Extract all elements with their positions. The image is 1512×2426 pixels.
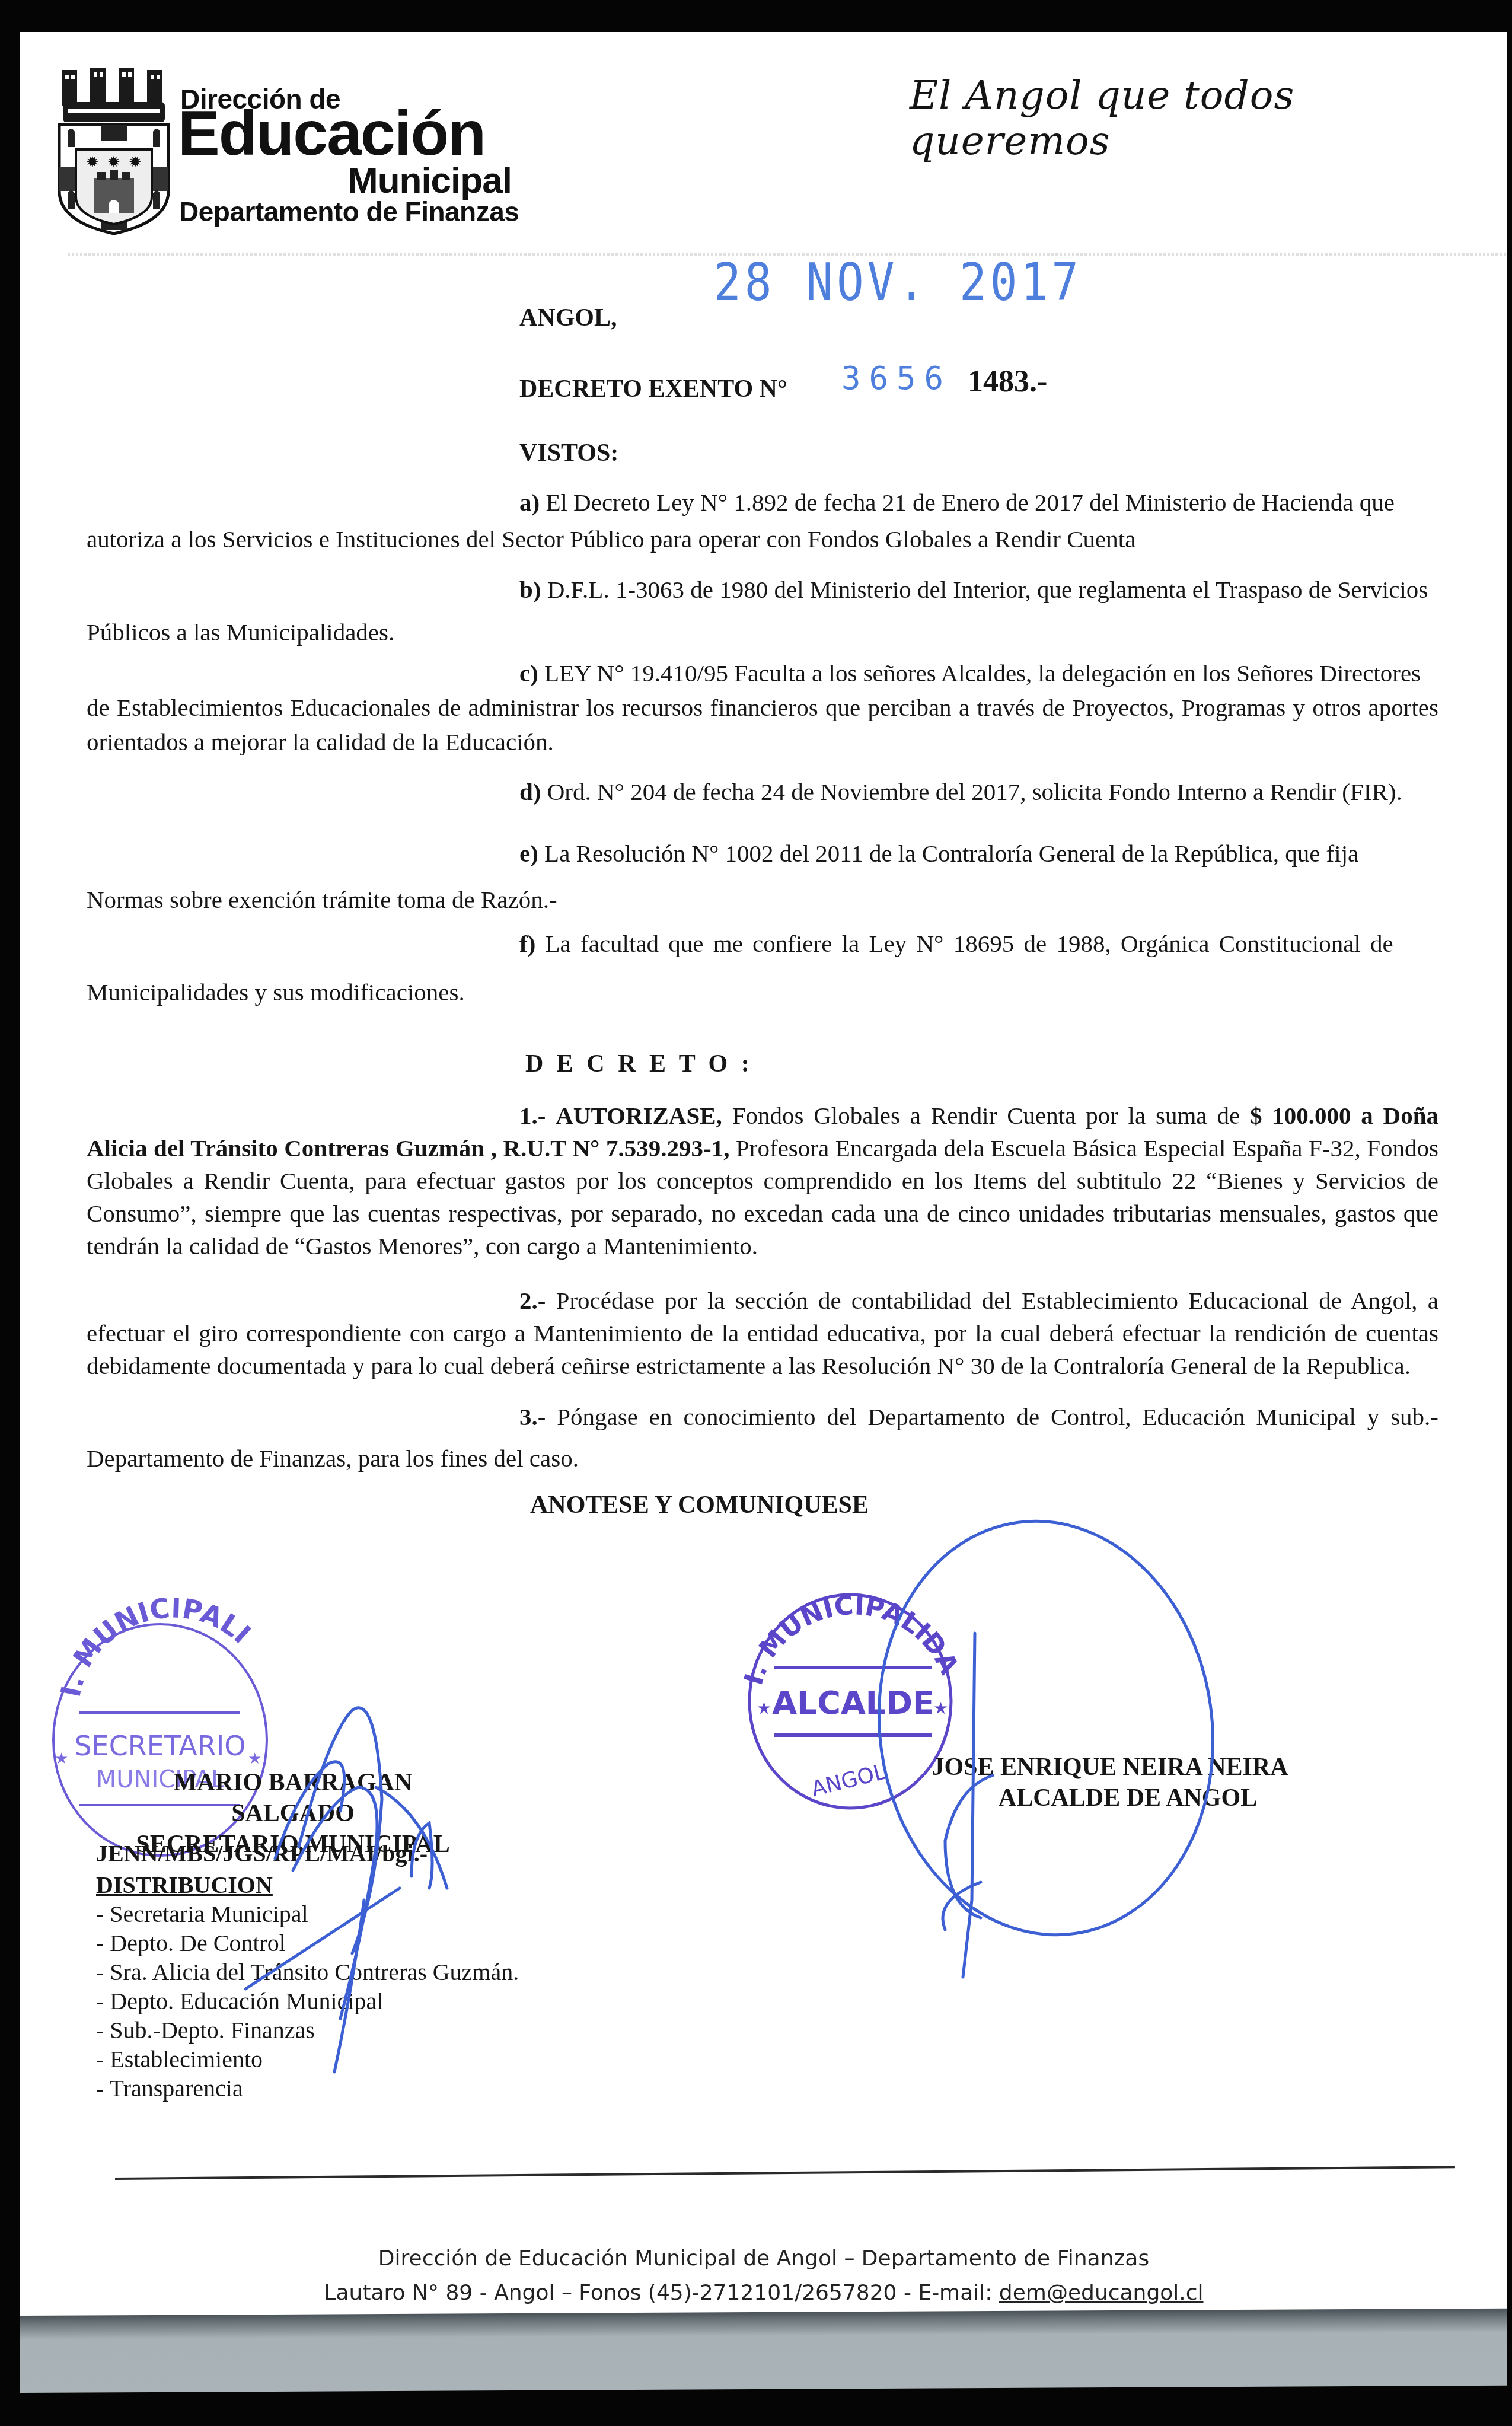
footer-line-2: Lautaro N° 89 - Angol – Fonos (45)-27121… bbox=[20, 2281, 1507, 2305]
distribution-item: - Sub.-Depto. Finanzas bbox=[96, 2016, 519, 2045]
decree-label: DECRETO EXENTO N° bbox=[519, 375, 787, 403]
distribution-item: - Establecimiento bbox=[96, 2045, 519, 2074]
decree-typed-number: 1483.- bbox=[968, 364, 1047, 399]
svg-text:✹: ✹ bbox=[129, 154, 142, 171]
visto-text: La facultad que me confiere la Ley N° 18… bbox=[546, 930, 1393, 957]
svg-text:★: ★ bbox=[757, 1700, 771, 1718]
item-text: Procédase por la sección de contabilidad… bbox=[87, 1287, 1438, 1379]
visto-key: c) bbox=[519, 659, 538, 687]
visto-text-cont: Normas sobre exención trámite toma de Ra… bbox=[87, 876, 1438, 923]
visto-key: a) bbox=[519, 489, 540, 516]
city-label: ANGOL, bbox=[519, 304, 617, 332]
visto-key: e) bbox=[519, 840, 538, 867]
decreto-item-3: 3.- Póngase en conocimiento del Departam… bbox=[87, 1396, 1438, 1479]
vistos-heading: VISTOS: bbox=[519, 439, 618, 467]
visto-key: b) bbox=[519, 576, 541, 603]
item-number: 1.- bbox=[519, 1102, 546, 1129]
seal-text-bottom: ANGOL bbox=[809, 1759, 888, 1802]
item-lead: AUTORIZASE, bbox=[556, 1102, 722, 1129]
decreto-item-1: 1.- AUTORIZASE, Fondos Globales a Rendir… bbox=[87, 1099, 1438, 1263]
footer-line-1: Dirección de Educación Municipal de Ango… bbox=[20, 2246, 1507, 2271]
svg-text:★: ★ bbox=[55, 1750, 68, 1767]
footer-divider bbox=[115, 2166, 1455, 2180]
distribution-item: - Transparencia bbox=[96, 2074, 519, 2103]
seal-text-middle: ALCALDE bbox=[772, 1684, 934, 1722]
closing-formula: ANOTESE Y COMUNIQUESE bbox=[530, 1491, 869, 1519]
visto-text: El Decreto Ley N° 1.892 de fecha 21 de E… bbox=[546, 489, 1395, 516]
visto-b: b) D.F.L. 1-3063 de 1980 del Ministerio … bbox=[87, 568, 1438, 653]
scanner-bed-edge bbox=[20, 2309, 1507, 2393]
letterhead-department: Departamento de Finanzas bbox=[179, 196, 519, 228]
visto-text-cont: de Establecimientos Educacionales de adm… bbox=[87, 690, 1438, 759]
visto-text: Ord. N° 204 de fecha 24 de Noviembre del… bbox=[547, 778, 1402, 805]
visto-text: LEY N° 19.410/95 Faculta a los señores A… bbox=[544, 659, 1421, 687]
signatory-title: ALCALDE DE ANGOL bbox=[920, 1783, 1300, 1813]
seal-text-middle: SECRETARIO bbox=[74, 1730, 245, 1762]
item-number: 2.- bbox=[519, 1287, 546, 1314]
reference-initials: JENN/MBS/JGS/RPL/MAI/bgi.- bbox=[96, 1840, 428, 1867]
document-page: ✹✹✹ Dirección de Educación Municipal Dep… bbox=[20, 32, 1507, 2357]
distribution-list: DISTRIBUCION - Secretaria Municipal - De… bbox=[96, 1870, 519, 2103]
footer-email-link[interactable]: dem@educangol.cl bbox=[999, 2281, 1204, 2305]
distribution-item: - Sra. Alicia del Tránsito Contreras Guz… bbox=[96, 1958, 519, 1987]
visto-key: d) bbox=[519, 778, 541, 805]
svg-text:✹: ✹ bbox=[107, 154, 120, 171]
svg-text:★: ★ bbox=[248, 1750, 261, 1767]
visto-text-cont: Públicos a las Municipalidades. bbox=[87, 611, 1438, 653]
distribution-item: - Depto. De Control bbox=[96, 1928, 519, 1958]
letterhead-title: Educación bbox=[178, 102, 485, 165]
mayor-signature-block: JOSE ENRIQUE NEIRA NEIRA ALCALDE DE ANGO… bbox=[920, 1752, 1300, 1813]
municipal-coat-of-arms-icon: ✹✹✹ bbox=[55, 66, 173, 235]
signatory-name: JOSE ENRIQUE NEIRA NEIRA bbox=[920, 1752, 1300, 1783]
date-stamp: 28 NOV. 2017 bbox=[714, 251, 1082, 312]
visto-text: D.F.L. 1-3063 de 1980 del Ministerio del… bbox=[547, 576, 1428, 603]
motto: El Angol que todos queremos bbox=[910, 72, 1507, 164]
visto-d: d) Ord. N° 204 de fecha 24 de Noviembre … bbox=[519, 773, 1468, 810]
distribution-item: - Secretaria Municipal bbox=[96, 1899, 519, 1928]
decree-number-stamp: 3656 bbox=[841, 359, 952, 397]
svg-text:★: ★ bbox=[933, 1700, 948, 1718]
svg-text:✹: ✹ bbox=[86, 154, 99, 171]
item-number: 3.- bbox=[519, 1403, 546, 1430]
distribution-title: DISTRIBUCION bbox=[96, 1870, 519, 1899]
footer-address: Lautaro N° 89 - Angol – Fonos (45)-27121… bbox=[324, 2281, 999, 2305]
visto-f: f) La facultad que me confiere la Ley N°… bbox=[87, 919, 1438, 1016]
visto-text-cont: Municipalidades y sus modificaciones. bbox=[87, 968, 1438, 1016]
item-text: Póngase en conocimiento del Departamento… bbox=[87, 1403, 1438, 1472]
visto-e: e) La Resolución N° 1002 del 2011 de la … bbox=[87, 830, 1438, 923]
mayor-signature-icon bbox=[853, 1499, 1239, 1977]
item-text: Fondos Globales a Rendir Cuenta por la s… bbox=[722, 1102, 1250, 1129]
visto-key: f) bbox=[519, 930, 535, 957]
visto-a: a) El Decreto Ley N° 1.892 de fecha 21 d… bbox=[87, 484, 1438, 557]
signatory-name: MARIO BARRAGAN SALGADO bbox=[109, 1767, 477, 1829]
visto-c: c) LEY N° 19.410/95 Faculta a los señore… bbox=[87, 656, 1438, 759]
decreto-item-2: 2.- Procédase por la sección de contabil… bbox=[87, 1284, 1438, 1382]
visto-text-cont: autoriza a los Servicios e Instituciones… bbox=[87, 521, 1438, 557]
visto-text: La Resolución N° 1002 del 2011 de la Con… bbox=[544, 840, 1358, 867]
decreto-heading: D E C R E T O : bbox=[525, 1050, 753, 1078]
distribution-item: - Depto. Educación Municipal bbox=[96, 1987, 519, 2016]
